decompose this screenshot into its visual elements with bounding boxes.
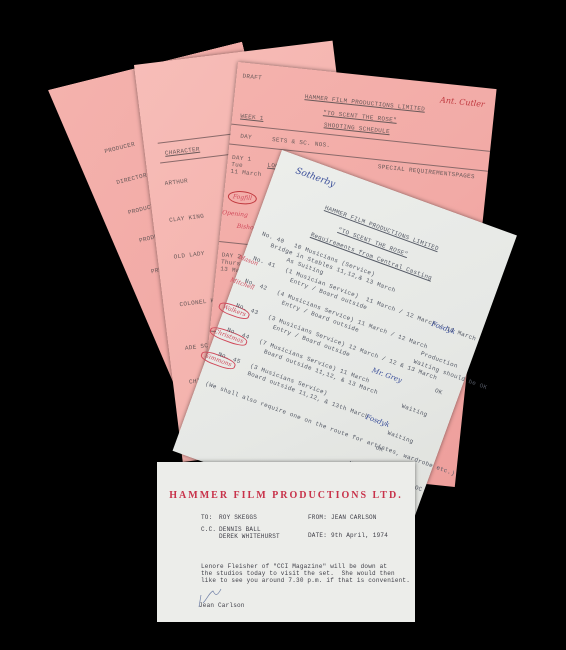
memo-cc-label: C.C. — [201, 526, 216, 533]
character-row: OLD LADY — [173, 250, 205, 261]
hammer-memo: HAMMER FILM PRODUCTIONS LTD. TO: ROY SKE… — [157, 462, 415, 622]
character-row: CLAY KING — [169, 213, 205, 224]
memo-to-label: TO: — [201, 514, 212, 521]
column-character: CHARACTER — [165, 146, 201, 157]
column-pages: PAGES — [455, 171, 475, 180]
memo-body-line: the studios today to visit the set. She … — [201, 570, 395, 577]
note-opening: Opening — [222, 209, 248, 219]
memo-body-line: Lenore Fleisher of "CCI Magazine" will b… — [201, 563, 387, 570]
memo-body-line: like to see you around 7.30 p.m. if that… — [201, 577, 410, 584]
memo-cc-value-2: DEREK WHITEHURST — [219, 533, 280, 540]
note-sotherby: Sotherby — [294, 166, 336, 190]
memo-date-label: DATE: — [308, 532, 327, 539]
entry-dates: 11 March / 12 March / 13 March — [365, 296, 477, 343]
role-director: DIRECTOR — [116, 172, 148, 186]
character-row: ARTHUR — [164, 177, 188, 187]
day-1-date: 11 March — [230, 168, 262, 178]
memo-cc-value-1: DENNIS BALL — [219, 526, 261, 533]
schedule-subtitle: SHOOTING SCHEDULE — [324, 121, 391, 135]
memo-signature-name: Jean Carlson — [199, 602, 245, 609]
role-producer: PRODUCER — [104, 141, 136, 155]
memo-from-value: JEAN CARLSON — [331, 514, 377, 521]
draft-label: DRAFT — [242, 73, 262, 82]
status-waiting: Waiting — [401, 403, 429, 419]
column-sets: SETS & SC. NOS. — [272, 136, 331, 149]
status-ok: OK — [434, 387, 444, 396]
column-day: DAY — [240, 133, 252, 141]
memo-to-value: ROY SKEGGS — [219, 514, 257, 521]
note-fogfill: Fogfill — [227, 190, 257, 206]
memo-date-value: 9th April, 1974 — [331, 532, 388, 539]
note-mr-wood: Fosdyk — [430, 320, 456, 336]
week-label: WEEK 1 — [240, 113, 264, 122]
entry-dates: 11 March / 12 March — [357, 319, 429, 351]
memo-from-label: FROM: — [308, 514, 327, 521]
signature-ant-cutler: Ant. Cutler — [440, 95, 486, 109]
memo-letterhead: HAMMER FILM PRODUCTIONS LTD. — [157, 490, 415, 501]
note-mr-grey: Mr. Grey — [371, 366, 403, 384]
note-fosdyk: Fosdyk — [364, 413, 390, 429]
status-waiting-2: Waiting — [386, 429, 414, 445]
